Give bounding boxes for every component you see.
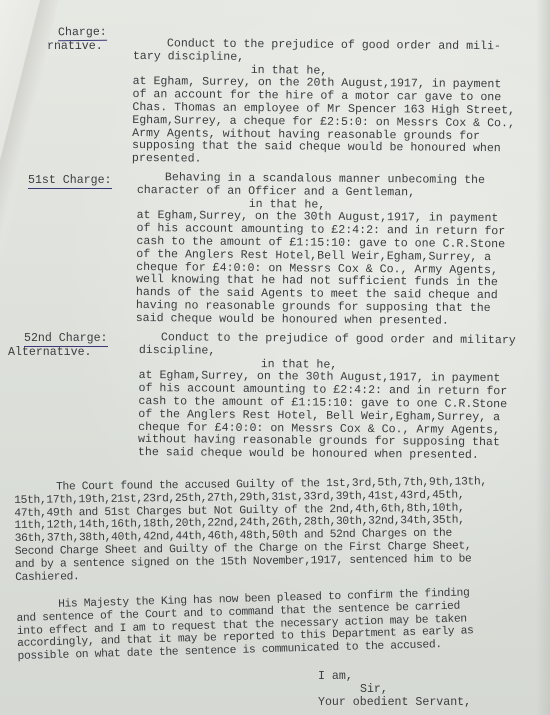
document-page: Charge: rnative. Conduct to the prejudic… [0, 0, 550, 715]
charge-text: Conduct to the prejudice of good order a… [132, 38, 516, 169]
charge-text: Behaving in a scandalous manner unbecomi… [136, 172, 506, 329]
closing-line: Your obedient Servant, [318, 697, 471, 710]
closing-line: Sir, [318, 684, 471, 697]
charge-label: 51st Charge: [28, 174, 112, 187]
charge-sublabel: Alternative. [8, 346, 92, 359]
charge-label: 52nd Charge: [24, 332, 108, 345]
closing-line: I am, [318, 671, 471, 684]
court-finding-paragraph: The Court found the accused Guilty of th… [14, 476, 488, 584]
charge-label-text: 52nd Charge: [24, 332, 108, 347]
charge-label-text: 51st Charge: [28, 174, 112, 189]
charge-label: Charge: [58, 26, 107, 40]
charge-text: Conduct to the prejudice of good order a… [138, 332, 516, 463]
confirmation-paragraph: His Majesty the King has now been please… [16, 587, 474, 664]
charge-label-text: Charge: [58, 26, 107, 42]
closing-signature-block: I am, Sir, Your obedient Servant, [318, 671, 471, 709]
page-edge [536, 0, 550, 715]
charge-sublabel: rnative. [47, 40, 103, 53]
text-line: the said cheque would be honoured when p… [138, 447, 515, 463]
